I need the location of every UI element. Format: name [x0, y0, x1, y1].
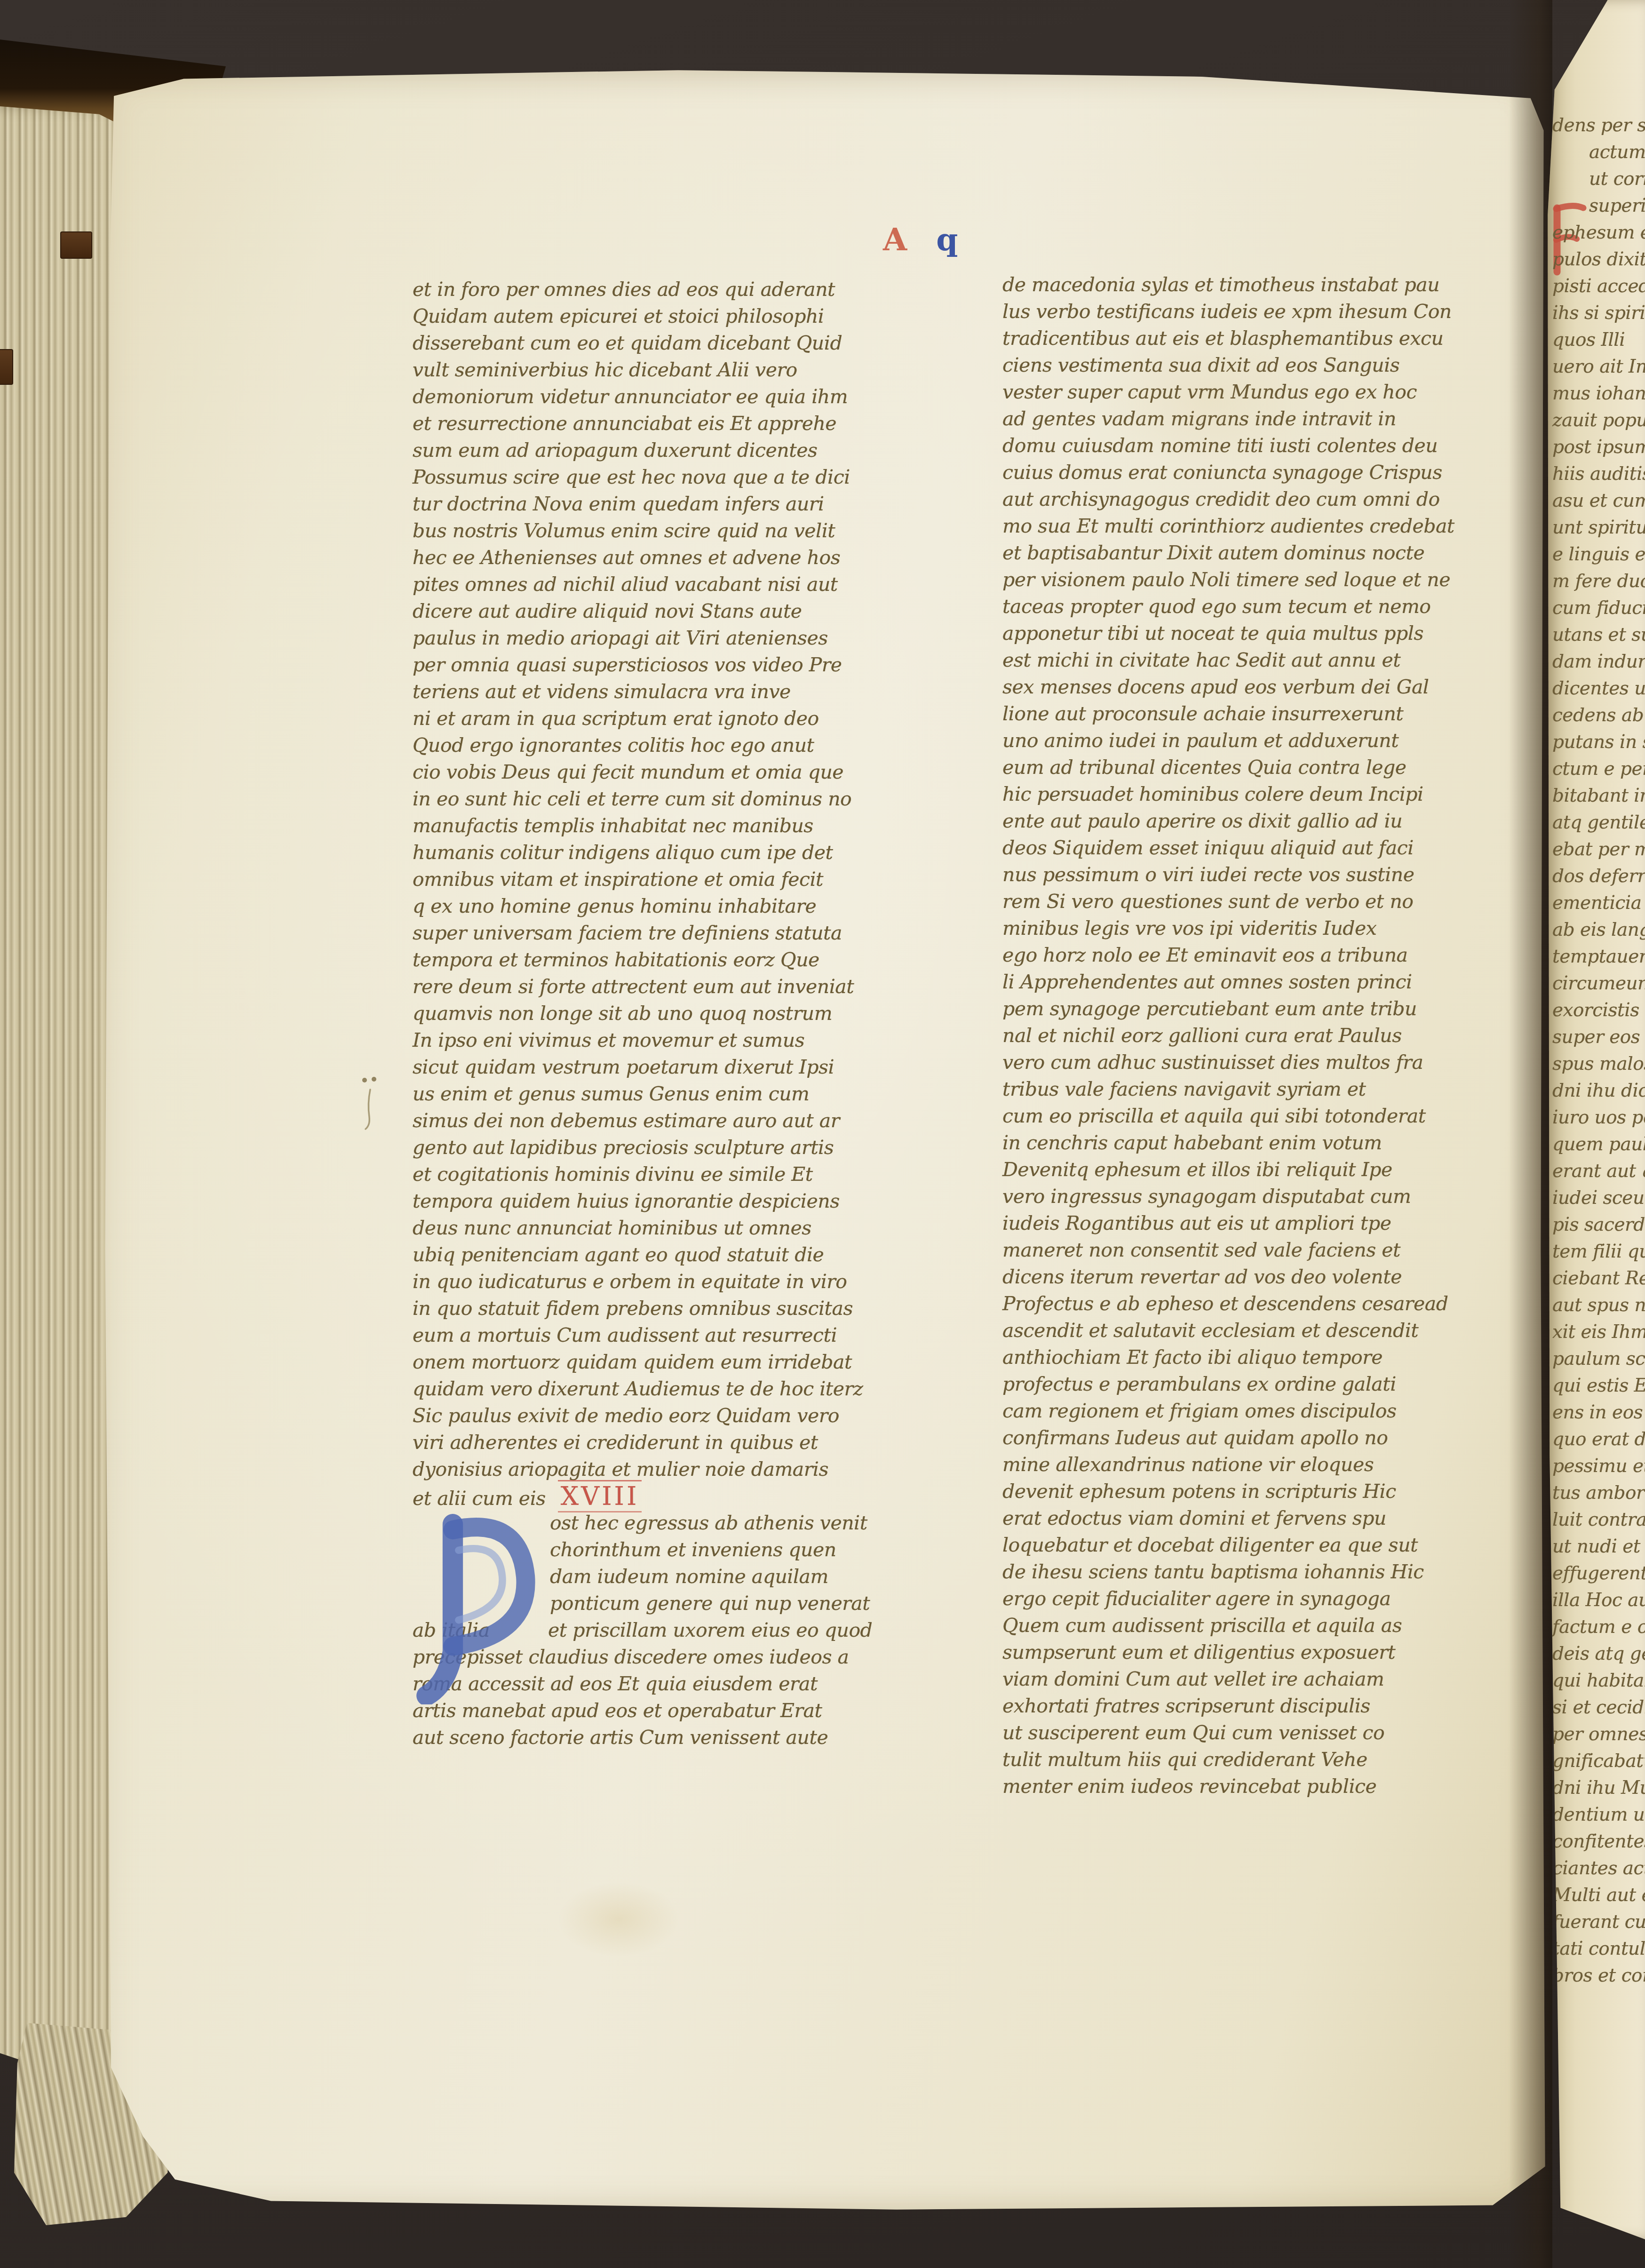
- manuscript-text-line: post ipsum i et cred: [1552, 434, 1645, 461]
- manuscript-text-line: domu cuiusdam nomine titi iusti colentes…: [1002, 432, 1555, 459]
- manuscript-text-line: ubiq penitenciam agant eo quod statuit d…: [413, 1241, 963, 1268]
- manuscript-text-line: pulos dixitq ad e: [1552, 246, 1645, 273]
- manuscript-text-line: ad gentes vadam migrans inde intravit in: [1002, 406, 1555, 432]
- manuscript-text-line: minibus legis vre vos ipi videritis Iude…: [1002, 915, 1555, 942]
- manuscript-text-line: putans in scola ty: [1552, 729, 1645, 756]
- manuscript-text-line: est michi in civitate hac Sedit aut annu…: [1002, 647, 1555, 674]
- manuscript-text-line: quos Illi: [1552, 326, 1645, 353]
- manuscript-text-line: hec ee Athenienses aut omnes et advene h…: [413, 544, 963, 571]
- manuscript-text-line: apponetur tibi ut noceat te quia multus …: [1002, 620, 1555, 647]
- manuscript-text-line: bus nostris Volumus enim scire quid na v…: [413, 517, 963, 544]
- manuscript-page: Aq et in foro per omnes dies ad eos qui …: [96, 66, 1551, 2218]
- manuscript-text-line: bitabant in asia au: [1552, 782, 1645, 809]
- manuscript-text-line: cum fiducia loqu: [1552, 595, 1645, 621]
- manuscript-text-line: rem Si vero questiones sunt de verbo et …: [1002, 888, 1555, 915]
- next-folio-edge: dens per scriptuactum e autut corinthisu…: [1547, 0, 1645, 2239]
- manuscript-text-line: dni ihu Multiq cre: [1552, 1775, 1645, 1801]
- manuscript-text-line: et baptisabantur Dixit autem dominus noc…: [1002, 540, 1555, 566]
- manuscript-text-line: vult seminiverbius hic dicebant Alii ver…: [413, 357, 963, 383]
- manuscript-text-line: pites omnes ad nichil aliud vacabant nis…: [413, 571, 963, 598]
- leather-tab-marker: [60, 231, 92, 259]
- manuscript-text-line: si et cecidit timor su: [1552, 1694, 1645, 1721]
- manuscript-text-line: nal et nichil eorz gallioni cura erat Pa…: [1002, 1022, 1555, 1049]
- manuscript-text-line: factum e omnibus iu: [1552, 1614, 1645, 1640]
- manuscript-text-line: aut archisynagogus credidit deo cum omni…: [1002, 486, 1555, 513]
- manuscript-text-line: tulit multum hiis qui crediderant Vehe: [1002, 1746, 1555, 1773]
- manuscript-text-line: cuius domus erat coniuncta synagoge Cris…: [1002, 459, 1555, 486]
- manuscript-text-line: ebat per manus p: [1552, 836, 1645, 863]
- manuscript-text-line: tradicentibus aut eis et blasphemantibus…: [1002, 325, 1555, 352]
- manuscript-text-line: cio vobis Deus qui fecit mundum et omia …: [413, 759, 963, 786]
- manuscript-text-line: qui estis Et insili: [1552, 1372, 1645, 1399]
- manuscript-text-line: paulum scio uos au: [1552, 1345, 1645, 1372]
- running-header-letter-a: A: [883, 221, 910, 258]
- manuscript-text-line: onem mortuorz quidam quidem eum irrideba…: [413, 1349, 963, 1376]
- manuscript-text-line: illa Hoc aut notum: [1552, 1587, 1645, 1614]
- manuscript-text-line: ascendit et salutavit ecclesiam et desce…: [1002, 1317, 1555, 1344]
- manuscript-text-line: tribus vale faciens navigavit syriam et: [1002, 1076, 1555, 1103]
- manuscript-text-line: q ex uno homine genus hominu inhabitare: [413, 893, 963, 920]
- manuscript-text-line: confirmans Iudeus aut quidam apollo no: [1002, 1424, 1555, 1451]
- manuscript-text-line: tem filii qui hoc fa: [1552, 1238, 1645, 1265]
- manuscript-text-line: profectus e perambulans ex ordine galati: [1002, 1371, 1555, 1398]
- manuscript-text-line: vero cum adhuc sustinuisset dies multos …: [1002, 1049, 1555, 1076]
- right-text-column: de macedonia sylas et timotheus instabat…: [1002, 271, 1555, 1800]
- manuscript-text-line: eum ad tribunal dicentes Quia contra leg…: [1002, 754, 1555, 781]
- manuscript-text-line: ego horz nolo ee Et eminavit eos a tribu…: [1002, 942, 1555, 969]
- manuscript-text-line: devenit ephesum potens in scripturis Hic: [1002, 1478, 1555, 1505]
- manuscript-text-line: omnibus vitam et inspiratione et omia fe…: [413, 866, 963, 893]
- manuscript-text-line: Profectus e ab epheso et descendens cesa…: [1002, 1290, 1555, 1317]
- manuscript-text-line: dyonisius ariopagita et mulier noie dama…: [413, 1456, 963, 1483]
- manuscript-text-line: circumeuntibus iud: [1552, 970, 1645, 997]
- chapter-18-block: ost hec egressus ab athenis venitchorint…: [413, 1510, 965, 1751]
- right-column-lines: de macedonia sylas et timotheus instabat…: [1002, 271, 1555, 1800]
- manuscript-text-line: menter enim iudeos revincebat publice: [1002, 1773, 1555, 1800]
- manuscript-text-line: Devenitq ephesum et illos ibi reliquit I…: [1002, 1156, 1555, 1183]
- manuscript-text-line: ut corinthi: [1552, 166, 1645, 192]
- left-text-column: et in foro per omnes dies ad eos qui ade…: [413, 276, 963, 1510]
- manuscript-text-line: cam regionem et frigiam omes discipulos: [1002, 1398, 1555, 1424]
- manuscript-text-line: effugerent de domo: [1552, 1560, 1645, 1587]
- leather-tab-marker: [0, 349, 13, 385]
- manuscript-text-line: ab eis langores: [1552, 916, 1645, 943]
- manuscript-text-line: ciantes actus suos: [1552, 1855, 1645, 1882]
- manuscript-text-line: vester super caput vrm Mundus ego ex hoc: [1002, 379, 1555, 406]
- manuscript-text-line: ihs si spiritus sa: [1552, 300, 1645, 326]
- manuscript-text-line: per visionem paulo Noli timere sed loque…: [1002, 566, 1555, 593]
- manuscript-text-line: In ipso eni vivimus et movemur et sumus: [413, 1027, 963, 1054]
- manuscript-text-line: ciens vestimenta sua dixit ad eos Sangui…: [1002, 352, 1555, 379]
- manuscript-text-line: superior ib: [1552, 192, 1645, 219]
- manuscript-text-line: uero ait In io: [1552, 353, 1645, 380]
- manuscript-text-line: cum eo priscilla et aquila qui sibi toto…: [1002, 1103, 1555, 1130]
- manuscript-text-line: tempora quidem huius ignorantie despicie…: [413, 1188, 963, 1215]
- manuscript-text-line: rere deum si forte attrectent eum aut in…: [413, 973, 963, 1000]
- manuscript-text-line: per omnia quasi supersticiosos vos video…: [413, 652, 963, 678]
- manuscript-text-line: dentium ueniebant: [1552, 1801, 1645, 1828]
- manuscript-text-line: super eos qui habe: [1552, 1024, 1645, 1050]
- manuscript-text-line: maneret non consentit sed vale faciens e…: [1002, 1237, 1555, 1264]
- manuscript-text-line: exhortati fratres scripserunt discipulis: [1002, 1693, 1555, 1719]
- margin-line-text: et priscillam uxorem eius eo quod: [548, 1619, 872, 1641]
- illuminated-initial-p: [409, 1512, 543, 1704]
- manuscript-text-line: Quidam autem epicurei et stoici philosop…: [413, 303, 963, 330]
- manuscript-text-line: nus pessimum o viri iudei recte vos sust…: [1002, 861, 1555, 888]
- manuscript-text-line: us enim et genus sumus Genus enim cum: [413, 1081, 963, 1107]
- manuscript-text-line: temptauerunt au: [1552, 943, 1645, 970]
- manuscript-text-line: ut susciperent eum Qui cum venisset co: [1002, 1719, 1555, 1746]
- manuscript-text-line: utans et suadens: [1552, 621, 1645, 648]
- chapter-numeral: XVIII: [558, 1480, 642, 1512]
- manuscript-text-line: dicere aut audire aliquid novi Stans aut…: [413, 598, 963, 625]
- manuscript-text-line: iudeis Rogantibus aut eis ut ampliori tp…: [1002, 1210, 1555, 1237]
- running-header: Aq: [883, 221, 1095, 258]
- manuscript-text-line: li Apprehendentes aut omnes sosten princ…: [1002, 969, 1555, 995]
- manuscript-text-line: Quem cum audissent priscilla et aquila a…: [1002, 1612, 1555, 1639]
- manuscript-text-line: sicut quidam vestrum poetarum dixerut Ip…: [413, 1054, 963, 1081]
- manuscript-text-line: tati contulerunt li: [1552, 1935, 1645, 1962]
- manuscript-text-line: hic persuadet hominibus colere deum Inci…: [1002, 781, 1555, 808]
- manuscript-text-line: quo erat demoniu: [1552, 1426, 1645, 1453]
- manuscript-text-line: tempora et terminos habitationis eorz Qu…: [413, 947, 963, 973]
- manuscript-text-line: iuro uos per ihm: [1552, 1104, 1645, 1131]
- manuscript-text-line: qui habitabant ephe: [1552, 1667, 1645, 1694]
- manuscript-text-line: de macedonia sylas et timotheus instabat…: [1002, 271, 1555, 298]
- manuscript-text-line: humanis colitur indigens aliquo cum ipe …: [413, 839, 963, 866]
- manuscript-text-line: in quo iudicaturus e orbem in equitate i…: [413, 1268, 963, 1295]
- manuscript-text-line: zauit populu dicen: [1552, 407, 1645, 434]
- manuscript-text-line: tur doctrina Nova enim quedam infers aur…: [413, 491, 963, 517]
- manuscript-text-line: ergo cepit fiducialiter agere in synagog…: [1002, 1585, 1555, 1612]
- manuscript-text-line: xit eis Ihm noui et: [1552, 1319, 1645, 1345]
- manuscript-text-line: pisti accedentes: [1552, 273, 1645, 300]
- manuscript-text-line: viri adherentes ei crediderunt in quibus…: [413, 1429, 963, 1456]
- manuscript-text-line: loquebatur et docebat diligenter ea que …: [1002, 1532, 1555, 1559]
- manuscript-text-line: ni et aram in qua scriptum erat ignoto d…: [413, 705, 963, 732]
- parchment-stain: [557, 1882, 680, 1957]
- manuscript-text-line: exorcistis inuocare: [1552, 997, 1645, 1024]
- manuscript-text-line: et cogitationis hominis divinu ee simile…: [413, 1161, 963, 1188]
- manuscript-text-line: dicentes uiam dom: [1552, 675, 1645, 702]
- manuscript-text-line: quamvis non longe sit ab uno quoq nostru…: [413, 1000, 963, 1027]
- manuscript-text-line: demoniorum videtur annunciator ee quia i…: [413, 383, 963, 410]
- manuscript-text-line: deos Siquidem esset iniquu aliquid aut f…: [1002, 835, 1555, 861]
- manuscript-text-line: iudei sceue princi: [1552, 1185, 1645, 1211]
- manuscript-text-line: e linguis et prophe: [1552, 541, 1645, 568]
- manuscript-text-line: lus verbo testificans iudeis ee xpm ihes…: [1002, 298, 1555, 325]
- manuscript-text-line: ementicia et rece: [1552, 890, 1645, 916]
- manuscript-text-line: lione aut proconsule achaie insurrexerun…: [1002, 700, 1555, 727]
- manuscript-text-line: de ihesu sciens tantu baptisma iohannis …: [1002, 1559, 1555, 1585]
- manuscript-text-line: ut nudi et uulnerati: [1552, 1533, 1645, 1560]
- manuscript-text-line: erant aut quidam: [1552, 1158, 1645, 1185]
- manuscript-text-line: fuerant curiosa sec: [1552, 1909, 1645, 1935]
- manuscript-text-line: ctum e per bienniu: [1552, 756, 1645, 782]
- manuscript-text-line: luit contra eos ita: [1552, 1506, 1645, 1533]
- manuscript-text-line: bros et combusserut: [1552, 1962, 1645, 1989]
- manuscript-text-line: simus dei non debemus estimare auro aut …: [413, 1107, 963, 1134]
- manuscript-text-line: tus amborum inua: [1552, 1480, 1645, 1506]
- manuscript-text-line: mus iohannes ba: [1552, 380, 1645, 407]
- running-header-letter-q: q: [936, 221, 961, 258]
- last-line-text: et alii cum eis: [413, 1487, 546, 1510]
- manuscript-text-line: pis sacerdotum sep: [1552, 1211, 1645, 1238]
- manuscript-text-line: super universam faciem tre definiens sta…: [413, 920, 963, 947]
- manuscript-text-line: ente aut paulo aperire os dixit gallio a…: [1002, 808, 1555, 835]
- manuscript-text-line: Quod ergo ignorantes colitis hoc ego anu…: [413, 732, 963, 759]
- manuscript-text-line: m fere duodecim vi: [1552, 568, 1645, 595]
- manuscript-text-line: taceas propter quod ego sum tecum et nem…: [1002, 593, 1555, 620]
- manuscript-text-line: dni ihu dicentes ad: [1552, 1077, 1645, 1104]
- manuscript-text-line: disserebant cum eo et quidam dicebant Qu…: [413, 330, 963, 357]
- manuscript-text-line: hiis auditis baptiza: [1552, 461, 1645, 487]
- manuscript-text-line: unt spiritus sanctu: [1552, 514, 1645, 541]
- manuscript-text-line: gnificabatur nomen: [1552, 1748, 1645, 1775]
- manuscript-text-line: uno animo iudei in paulum et adduxerunt: [1002, 727, 1555, 754]
- gutter-shadow: [1509, 0, 1552, 2268]
- manuscript-text-line: Sic paulus exivit de medio eorz Quidam v…: [413, 1402, 963, 1429]
- manuscript-text-line: in cenchris caput habebant enim votum: [1002, 1130, 1555, 1156]
- manuscript-text-line: et resurrectione annunciabat eis Et appr…: [413, 410, 963, 437]
- manuscript-photo: Aq et in foro per omnes dies ad eos qui …: [0, 0, 1645, 2268]
- manuscript-text-line: ephesum e: [1552, 219, 1645, 246]
- manuscript-text-line: sum eum ad ariopagum duxerunt dicentes: [413, 437, 963, 464]
- manuscript-text-line: atq gentiles Virtu: [1552, 809, 1645, 836]
- manuscript-text-line: aut spus nequam di: [1552, 1292, 1645, 1319]
- manuscript-text-line: pessimu et domina: [1552, 1453, 1645, 1480]
- left-column-last-line: et alii cum eisXVIII: [413, 1483, 963, 1510]
- manuscript-text-line: actum e aut: [1552, 139, 1645, 166]
- manuscript-text-line: sex menses docens apud eos verbum dei Ga…: [1002, 674, 1555, 700]
- manuscript-text-line: deus nunc annunciat hominibus ut omnes: [413, 1215, 963, 1241]
- manuscript-text-line: asu et cum imposui: [1552, 487, 1645, 514]
- manuscript-text-line: mine allexandrinus natione vir eloques: [1002, 1451, 1555, 1478]
- left-column-lines: et in foro per omnes dies ad eos qui ade…: [413, 276, 963, 1483]
- manuscript-text-line: anthiochiam Et facto ibi aliquo tempore: [1002, 1344, 1555, 1371]
- manuscript-text-line: spus malos nomen: [1552, 1050, 1645, 1077]
- manuscript-text-line: teriens aut et videns simulacra vra inve: [413, 678, 963, 705]
- manuscript-text-line: cedens ab eis sege: [1552, 702, 1645, 729]
- manuscript-text-line: in eo sunt hic celi et terre cum sit dom…: [413, 786, 963, 812]
- manuscript-text-line: manufactis templis inhabitat nec manibus: [413, 812, 963, 839]
- manuscript-text-line: vero ingressus synagogam disputabat cum: [1002, 1183, 1555, 1210]
- manuscript-text-line: paulus in medio ariopagi ait Viri atenie…: [413, 625, 963, 652]
- manuscript-text-line: dicens iterum revertar ad vos deo volent…: [1002, 1264, 1555, 1290]
- manuscript-text-line: quidam vero dixerunt Audiemus te de hoc …: [413, 1376, 963, 1402]
- manuscript-text-line: viam domini Cum aut vellet ire achaiam: [1002, 1666, 1555, 1693]
- manuscript-text-line: Possumus scire que est hec nova que a te…: [413, 464, 963, 491]
- manuscript-text-line: quem paulus pdicat: [1552, 1131, 1645, 1158]
- manuscript-text-line: confitentes et annu: [1552, 1828, 1645, 1855]
- manuscript-text-line: dam indurarentur: [1552, 648, 1645, 675]
- manuscript-text-line: ciebant Respondens: [1552, 1265, 1645, 1292]
- manuscript-text-line: aut sceno factorie artis Cum venissent a…: [413, 1724, 965, 1751]
- manuscript-text-line: eum a mortuis Cum audissent aut resurrec…: [413, 1322, 963, 1349]
- next-folio-text-fragments: dens per scriptuactum e autut corinthisu…: [1552, 112, 1645, 1989]
- manuscript-text-line: ens in eos homo in: [1552, 1399, 1645, 1426]
- manuscript-text-line: in quo statuit fidem prebens omnibus sus…: [413, 1295, 963, 1322]
- margin-nota-mark: [360, 1074, 381, 1135]
- manuscript-text-line: mo sua Et multi corinthiorz audientes cr…: [1002, 513, 1555, 540]
- manuscript-text-line: sumpserunt eum et diligentius exposuert: [1002, 1639, 1555, 1666]
- manuscript-text-line: per omnes illos et ma: [1552, 1721, 1645, 1748]
- manuscript-text-line: gento aut lapidibus preciosis sculpture …: [413, 1134, 963, 1161]
- manuscript-text-line: dens per scriptu: [1552, 112, 1645, 139]
- fragment-lines: dens per scriptuactum e autut corinthisu…: [1552, 112, 1645, 1989]
- manuscript-text-line: pem synagoge percutiebant eum ante tribu: [1002, 995, 1555, 1022]
- manuscript-text-line: erat edoctus viam domini et fervens spu: [1002, 1505, 1555, 1532]
- manuscript-text-line: Multi aut ex eis qui: [1552, 1882, 1645, 1909]
- manuscript-text-line: et in foro per omnes dies ad eos qui ade…: [413, 276, 963, 303]
- manuscript-text-line: deis atq gentilibus: [1552, 1640, 1645, 1667]
- manuscript-text-line: dos deferrentur: [1552, 863, 1645, 890]
